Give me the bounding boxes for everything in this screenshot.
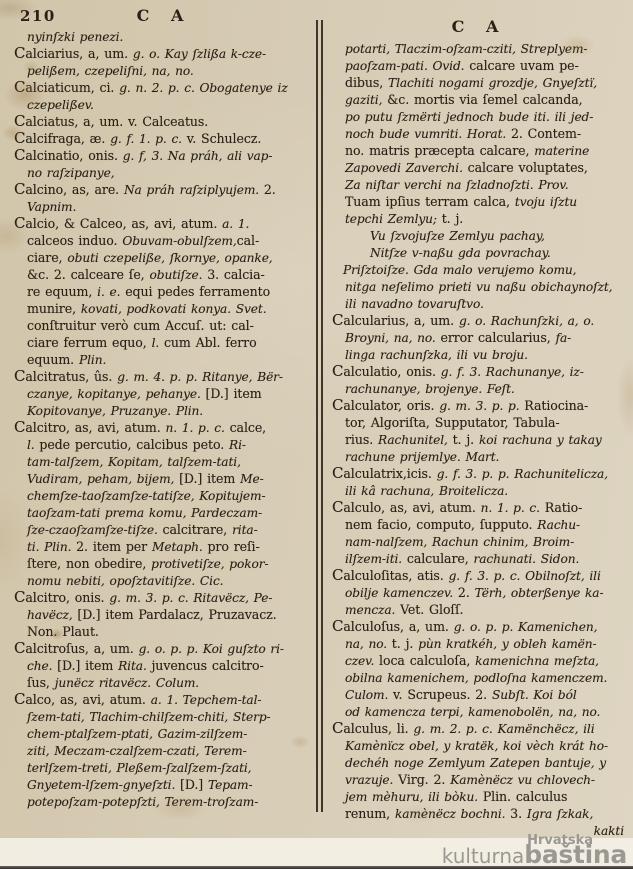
text-line: vrazuje. Virg. 2. Kamènëcz vu chlovech-: [345, 771, 628, 788]
text-line: ili kâ rachuna, Broitelicza.: [345, 482, 628, 499]
text-line: Kopitovanye, Pruzanye. Plin.: [27, 402, 316, 419]
text-line: renum, kamènëcz bochni. 3. Igra ſzkak,: [345, 805, 628, 822]
text-line: Calcularius, a, um. g. o. Rachunſzki, a,…: [332, 312, 628, 329]
watermark: Hrvatska kulturnabaština: [442, 834, 627, 869]
text-line: Calcitro, onis. g. m. 3. p. c. Ritavëcz,…: [14, 589, 316, 606]
text-line: taoſzam-tati prema komu, Pardeczam-: [27, 504, 316, 521]
dictionary-page: 210 C A C A nyinſzki penezi.Calciarius, …: [0, 0, 633, 869]
scanned-page: { "page": { "number": "210", "header_lef…: [0, 0, 633, 869]
text-line: rachune prijemlye. Mart.: [345, 448, 628, 465]
text-line: linga rachunſzka, ili vu broju.: [345, 346, 628, 363]
watermark-bold-text: baština: [524, 840, 627, 869]
text-line: nam-nalſzem, Rachun chinim, Broim-: [345, 533, 628, 550]
right-column-text: potarti, Tlaczim-oſzam-cziti, Streplyem-…: [332, 40, 628, 839]
text-line: no. matris præcepta calcare, materine: [345, 142, 628, 159]
text-line: Vudiram, peham, bijem, [D.] item Me-: [27, 470, 316, 487]
text-line: obilje kamenczev. 2. Tërh, obterßenye ka…: [345, 584, 628, 601]
text-line: ilſzem-iti. calculare, rachunati. Sidon.: [345, 550, 628, 567]
text-line: dechéh noge Zemlyum Zatepen bantuje, y: [345, 754, 628, 771]
text-line: Vu ſzvojuſze Zemlyu pachay,: [370, 227, 628, 244]
text-line: noch bude vumriti. Horat. 2. Contem-: [345, 125, 628, 142]
text-line: tepchi Zemlyu; t. j.: [345, 210, 628, 227]
text-line: re equum, i. e. equi pedes ferramento: [27, 283, 316, 300]
watermark-regular-text: kulturna: [442, 844, 525, 868]
text-line: czev. loca calculoſa, kamenichna meſzta,: [345, 652, 628, 669]
text-line: jem mèhuru, ili bòku. Plin. calculus: [345, 788, 628, 805]
text-line: Calcinatio, onis. g. f, 3. Na práh, ali …: [14, 147, 316, 164]
text-line: ziti, Meczam-czalſzem-czati, Terem-: [27, 742, 316, 759]
text-line: nyinſzki penezi.: [27, 28, 316, 45]
text-line: ſze-czaoſzamſze-tiſze. calcitrare, rita-: [27, 521, 316, 538]
text-line: Tuam ipſius terram calca, tvoju iſztu: [345, 193, 628, 210]
text-line: na, no. t. j. pùn kratkéh, y obleh kamën…: [345, 635, 628, 652]
text-line: ciare, obuti czepeliße, ſkornye, opanke,: [27, 249, 316, 266]
text-line: nomu nebiti, opoſztavitiſze. Cic.: [27, 572, 316, 589]
text-line: czanye, kopitanye, pehanye. [D.] item: [27, 385, 316, 402]
text-line: havëcz, [D.] item Pardalacz, Pruzavacz.: [27, 606, 316, 623]
text-line: Culom. v. Scrupeus. 2. Subſt. Koi ból: [345, 686, 628, 703]
text-line: Calculoſus, a, um. g. o. p. p. Kameniche…: [332, 618, 628, 635]
text-line: Za niſtar verchi na ſzladnoſzti. Prov.: [345, 176, 628, 193]
text-line: Zapovedi Zaverchi. calcare voluptates,: [345, 159, 628, 176]
text-line: Calculus, li. g. m. 2. p. c. Kamënchëcz,…: [332, 720, 628, 737]
text-line: ciare ferrum equo, l. cum Abl. ferro: [27, 334, 316, 351]
text-line: mencza. Vet. Gloſſ.: [345, 601, 628, 618]
text-line: Calcitro, as, avi, atum. n. 1. p. c. cal…: [14, 419, 316, 436]
text-line: conſtruitur verò cum Accuſ. ut: cal-: [27, 317, 316, 334]
text-line: Calciaticum, ci. g. n. 2. p. c. Obogaten…: [14, 79, 316, 96]
text-line: &c. 2. calceare ſe, obutiſze. 3. calcia-: [27, 266, 316, 283]
text-line: che. [D.] item Rita. juvencus calcitro-: [27, 657, 316, 674]
left-column-text: nyinſzki penezi.Calciarius, a, um. g. o.…: [14, 28, 316, 810]
text-line: tor, Algoriſta, Supputator, Tabula-: [345, 414, 628, 431]
text-line: potepoſzam-potepſzti, Terem-troſzam-: [27, 793, 316, 810]
text-line: Nitſze v-naßu gda povrachay.: [370, 244, 628, 261]
text-line: ſus, junëcz ritavëcz. Colum.: [27, 674, 316, 691]
right-header-title: C A: [452, 17, 507, 36]
text-line: Calculoſitas, atis. g. f. 3. p. c. Obiln…: [332, 567, 628, 584]
left-column-header: 210 C A: [14, 6, 314, 25]
text-line: od kamencza terpi, kamenobolën, na, no.: [345, 703, 628, 720]
text-line: Calciarius, a, um. g. o. Kay ſzlißa k-cz…: [14, 45, 316, 62]
text-line: Calcifraga, æ. g. f. 1. p. c. v. Schulec…: [14, 130, 316, 147]
text-line: Calcitratus, ûs. g. m. 4. p. p. Ritanye,…: [14, 368, 316, 385]
text-line: terlſzem-treti, Pleßem-ſzalſzem-ſzati,: [27, 759, 316, 776]
left-header-title: C A: [137, 6, 192, 25]
watermark-band: Hrvatska kulturnabaština: [0, 838, 633, 866]
text-line: chem-ptalſzem-ptati, Gazim-zilſzem-: [27, 725, 316, 742]
text-line: gaziti, &c. mortis via ſemel calcanda,: [345, 91, 628, 108]
text-line: nitga neſelimo prieti vu naßu obichaynoſ…: [345, 278, 628, 295]
text-line: Calcino, as, are. Na práh raſziplyujem. …: [14, 181, 316, 198]
text-line: equum. Plin.: [27, 351, 316, 368]
text-line: tam-talſzem, Kopitam, talſzem-tati,: [27, 453, 316, 470]
text-line: Calco, as, avi, atum. a. 1. Tepchem-tal-: [14, 691, 316, 708]
text-line: Priſztoiſze. Gda malo verujemo komu,: [343, 261, 628, 278]
text-line: rachunanye, brojenye. Feſt.: [345, 380, 628, 397]
right-column-header: C A: [332, 17, 626, 36]
text-line: Broyni, na, no. error calcularius, fa-: [345, 329, 628, 346]
text-line: dibus, Tlachiti nogami grozdje, Gnyeſztï…: [345, 74, 628, 91]
text-line: no raſzipanye,: [27, 164, 316, 181]
text-line: chemſze-taoſzamſze-tatiſze, Kopitujem-: [27, 487, 316, 504]
text-line: rius. Rachunitel, t. j. koi rachuna y ta…: [345, 431, 628, 448]
text-line: ſtere, non obedire, protivetiſze, pokor-: [27, 555, 316, 572]
column-divider-rule: [316, 20, 323, 812]
text-line: Kamènïcz obel, y kratëk, koi vèch krát h…: [345, 737, 628, 754]
text-line: Calculatrix,icis. g. f. 3. p. p. Rachuni…: [332, 465, 628, 482]
text-line: ili navadno tovaruſtvo.: [345, 295, 628, 312]
text-line: Calcitroſus, a, um. g. o. p. p. Koi guſz…: [14, 640, 316, 657]
text-line: munire, kovati, podkovati konya. Svet.: [27, 300, 316, 317]
text-line: Calculator, oris. g. m. 3. p. p. Ratioci…: [332, 397, 628, 414]
text-line: ti. Plin. 2. item per Metaph. pro reſi-: [27, 538, 316, 555]
text-line: Calciatus, a, um. v. Calceatus.: [14, 113, 316, 130]
text-line: Calculo, as, avi, atum. n. 1. p. c. Rati…: [332, 499, 628, 516]
text-line: Non. Plaut.: [27, 623, 316, 640]
text-line: Calculatio, onis. g. f. 3. Rachunanye, i…: [332, 363, 628, 380]
text-line: pelißem, czepeliſni, na, no.: [27, 62, 316, 79]
text-line: Gnyetem-lſzem-gnyeſzti. [D.] Tepam-: [27, 776, 316, 793]
text-line: ſzem-tati, Tlachim-chilſzem-chiti, Sterp…: [27, 708, 316, 725]
text-line: Calcio, & Calceo, as, avi, atum. a. 1.: [14, 215, 316, 232]
text-line: paoſzam-pati. Ovid. calcare uvam pe-: [345, 57, 628, 74]
page-number: 210: [20, 7, 56, 25]
text-line: po putu ſzmërti jednoch bude iti. ili je…: [345, 108, 628, 125]
text-line: obilna kamenichem, podloſna kamenczem.: [345, 669, 628, 686]
text-line: l. pede percutio, calcibus peto. Ri-: [27, 436, 316, 453]
text-line: Vapnim.: [27, 198, 316, 215]
text-line: potarti, Tlaczim-oſzam-cziti, Streplyem-: [345, 40, 628, 57]
text-line: czepelißev.: [27, 96, 316, 113]
text-line: nem facio, computo, ſupputo. Rachu-: [345, 516, 628, 533]
text-line: calceos induo. Obuvam-obulſzem,cal-: [27, 232, 316, 249]
